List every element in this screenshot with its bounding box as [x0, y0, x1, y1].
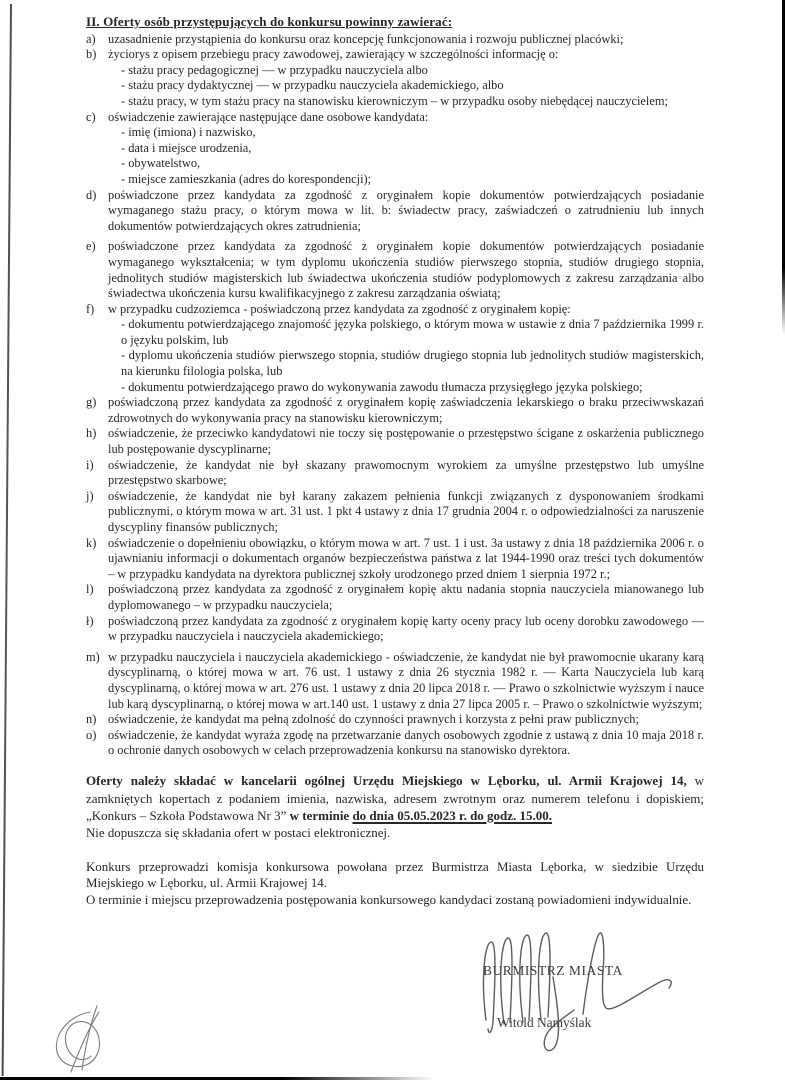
- list-item-text: życiorys z opisem przebiegu pracy zawodo…: [108, 47, 704, 63]
- list-item-label: i): [86, 458, 108, 489]
- submission-in-term: w terminie: [290, 808, 353, 823]
- list-item-label: c): [86, 110, 108, 188]
- list-subitem: - stażu pracy pedagogicznej — w przypadk…: [108, 63, 704, 79]
- list-item-e: e) poświadczone przez kandydata za zgodn…: [86, 239, 704, 301]
- list-item-label: ł): [86, 614, 108, 645]
- list-subitem: - dokumentu potwierdzającego znajomość j…: [108, 317, 704, 348]
- list-subitem: - dokumentu potwierdzającego prawo do wy…: [108, 380, 704, 396]
- list-item-c: c) oświadczenie zawierające następujące …: [86, 110, 704, 188]
- list-item-j: j) oświadczenie, że kandydat nie był kar…: [86, 489, 704, 536]
- list-item-text: oświadczenie, że kandydat wyraża zgodę n…: [108, 728, 704, 759]
- list-subitem: - miejsce zamieszkania (adres do korespo…: [108, 172, 704, 188]
- list-item-text: oświadczenie o dopełnieniu obowiązku, o …: [108, 536, 704, 583]
- list-item-label: o): [86, 728, 108, 759]
- list-item-label: m): [86, 650, 108, 712]
- list-item-text: oświadczenie zawierające następujące dan…: [108, 110, 704, 126]
- list-subitem: - data i miejsce urodzenia,: [108, 141, 704, 157]
- section-heading: II. Oferty osób przystępujących do konku…: [86, 14, 704, 30]
- committee-line1: Konkurs przeprowadzi komisja konkursowa …: [86, 859, 704, 893]
- no-electronic-note: Nie dopuszcza się składania ofert w post…: [86, 825, 704, 842]
- list-subitem: - stażu pracy, w tym stażu pracy na stan…: [108, 94, 704, 110]
- list-item-text: poświadczone przez kandydata za zgodność…: [108, 188, 704, 235]
- list-item-d: d) poświadczone przez kandydata za zgodn…: [86, 188, 704, 235]
- list-item-text: poświadczoną przez kandydata za zgodność…: [108, 614, 704, 645]
- submission-deadline: do dnia 05.05.2023 r. do godz. 15.00.: [352, 808, 552, 823]
- handwritten-initials-scribble: [35, 1000, 125, 1080]
- list-item-label: f): [86, 302, 108, 396]
- list-item-text: uzasadnienie przystąpienia do konkursu o…: [108, 32, 704, 48]
- list-item-l-stroke: ł) poświadczoną przez kandydata za zgodn…: [86, 614, 704, 645]
- submission-intro: Oferty należy składać w kancelarii ogóln…: [86, 773, 687, 788]
- committee-line2: O terminie i miejscu przeprowadzenia pos…: [86, 892, 704, 909]
- list-item-f: f) w przypadku cudzoziemca - poświadczon…: [86, 302, 704, 396]
- list-item-l: l) poświadczoną przez kandydata za zgodn…: [86, 582, 704, 613]
- list-subitem: - obywatelstwo,: [108, 156, 704, 172]
- list-item-label: b): [86, 47, 108, 109]
- list-subitem: - stażu pracy dydaktycznej — w przypadku…: [108, 78, 704, 94]
- list-item-n: n) oświadczenie, że kandydat ma pełną zd…: [86, 712, 704, 728]
- list-item-text: poświadczone przez kandydata za zgodność…: [108, 239, 704, 301]
- list-item-text: oświadczenie, że kandydat ma pełną zdoln…: [108, 712, 704, 728]
- committee-paragraph: Konkurs przeprowadzi komisja konkursowa …: [86, 859, 704, 909]
- list-item-b: b) życiorys z opisem przebiegu pracy zaw…: [86, 47, 704, 109]
- list-item-h: h) oświadczenie, że przeciwko kandydatow…: [86, 426, 704, 457]
- submission-paragraph: Oferty należy składać w kancelarii ogóln…: [86, 772, 704, 825]
- list-item-label: h): [86, 426, 108, 457]
- list-item-text: w przypadku nauczyciela i nauczyciela ak…: [108, 650, 704, 712]
- list-item-m: m) w przypadku nauczyciela i nauczyciela…: [86, 650, 704, 712]
- list-item-text: oświadczenie, że kandydat nie był karany…: [108, 489, 704, 536]
- list-item-label: k): [86, 536, 108, 583]
- list-subitem: - dyplomu ukończenia studiów pierwszego …: [108, 348, 704, 379]
- list-item-g: g) poświadczoną przez kandydata za zgodn…: [86, 395, 704, 426]
- list-item-label: j): [86, 489, 108, 536]
- list-item-text: oświadczenie, że kandydat nie był skazan…: [108, 458, 704, 489]
- list-item-label: g): [86, 395, 108, 426]
- list-item-o: o) oświadczenie, że kandydat wyraża zgod…: [86, 728, 704, 759]
- list-item-text: oświadczenie, że przeciwko kandydatowi n…: [108, 426, 704, 457]
- list-item-label: a): [86, 32, 108, 48]
- list-item-label: n): [86, 712, 108, 728]
- handwritten-signature: [448, 922, 728, 1067]
- list-subitem: - imię (imiona) i nazwisko,: [108, 125, 704, 141]
- list-item-i: i) oświadczenie, że kandydat nie był ska…: [86, 458, 704, 489]
- list-item-label: e): [86, 239, 108, 301]
- list-item-k: k) oświadczenie o dopełnieniu obowiązku,…: [86, 536, 704, 583]
- list-item-text: poświadczoną przez kandydata za zgodność…: [108, 582, 704, 613]
- list-item-text: w przypadku cudzoziemca - poświadczoną p…: [108, 302, 704, 318]
- document-body: II. Oferty osób przystępujących do konku…: [86, 14, 704, 909]
- scanned-document-page: II. Oferty osób przystępujących do konku…: [0, 0, 785, 1080]
- list-item-a: a) uzasadnienie przystąpienia do konkurs…: [86, 32, 704, 48]
- list-item-label: d): [86, 188, 108, 235]
- list-item-text: poświadczoną przez kandydata za zgodność…: [108, 395, 704, 426]
- list-item-label: l): [86, 582, 108, 613]
- scan-artifact-left-edge: [2, 4, 12, 1076]
